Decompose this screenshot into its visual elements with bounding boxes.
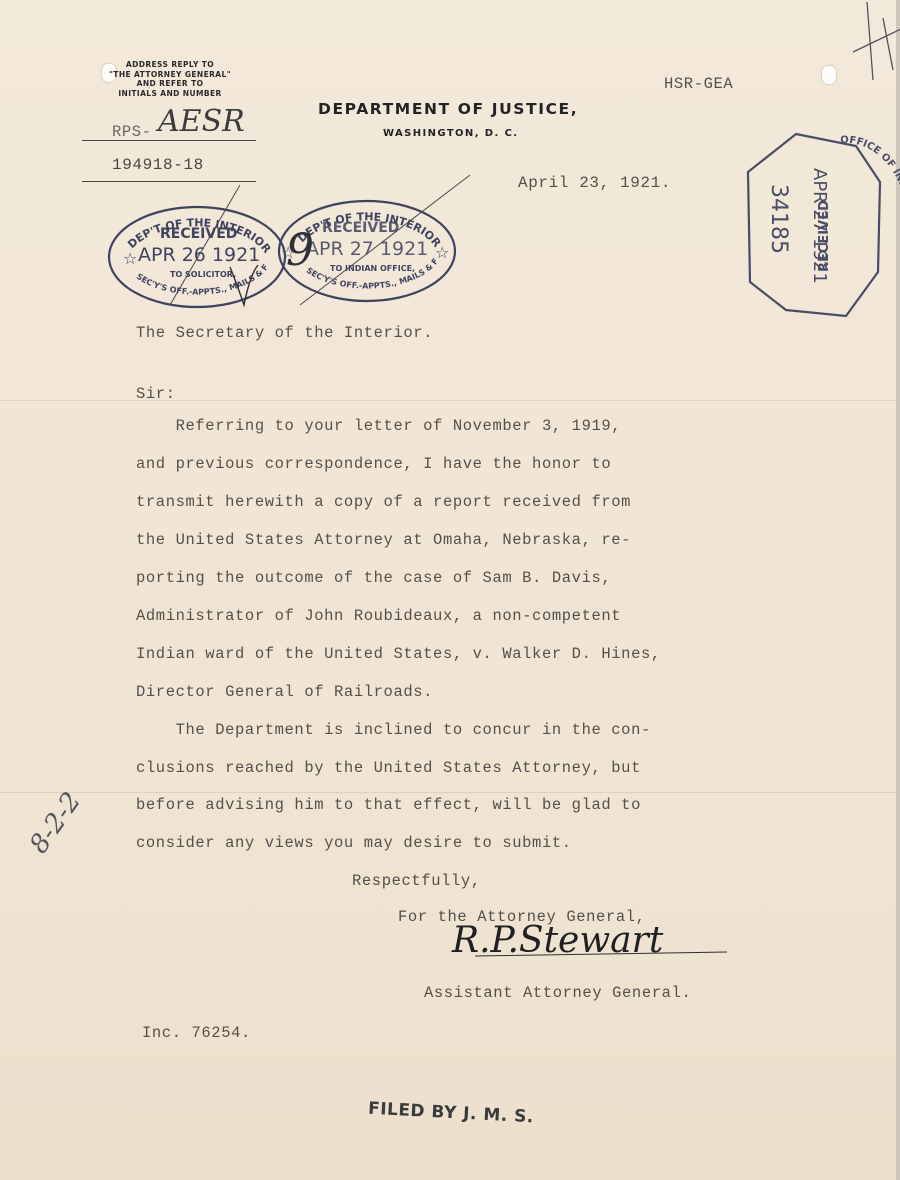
department-title: DEPARTMENT OF JUSTICE, (318, 100, 578, 118)
closing-respectfully: Respectfully, (352, 872, 481, 890)
svg-text:☆: ☆ (123, 249, 137, 268)
punch-hole (822, 66, 836, 84)
top-right-code: HSR-GEA (664, 75, 733, 93)
svg-text:APR 27 1921: APR 27 1921 (809, 168, 830, 284)
file-number: 194918-18 (112, 156, 204, 174)
fold-crease (0, 792, 896, 793)
corner-h-mark-icon (845, 0, 900, 90)
letter-date: April 23, 1921. (518, 174, 671, 192)
initials-prefix: RPS- (112, 123, 152, 141)
department-city: WASHINGTON, D. C. (383, 128, 519, 139)
handwritten-initials: AESR (158, 104, 245, 139)
signer-title: Assistant Attorney General. (424, 984, 691, 1002)
recipient: The Secretary of the Interior. (136, 324, 433, 342)
indian-affairs-stamp: OFFICE OF INDIAN AFFAIRS RECEIVED APR 27… (746, 132, 886, 322)
fold-crease (0, 400, 896, 401)
signature: R.P.Stewart (452, 920, 663, 961)
svg-text:34185: 34185 (766, 184, 791, 254)
enclosure-note: Inc. 76254. (142, 1024, 251, 1042)
salutation: Sir: (136, 385, 176, 403)
address-reply-block: ADDRESS REPLY TO "THE ATTORNEY GENERAL" … (100, 60, 240, 98)
pencil-annotation: 9 (286, 225, 314, 276)
reference-rule (82, 140, 256, 141)
